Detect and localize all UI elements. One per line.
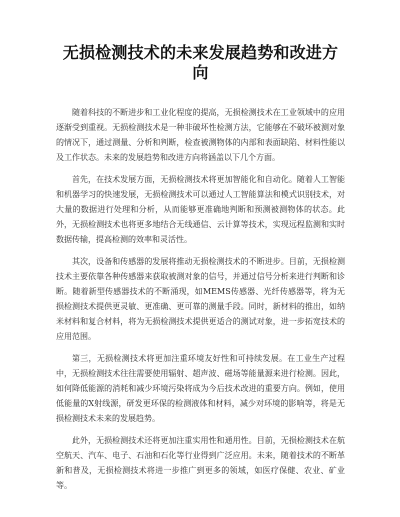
paragraph-intro: 随着科技的不断进步和工业化程度的提高，无损检测技术在工业领域中的应用逐渐受到重视… — [56, 105, 345, 165]
paragraph-third-point: 第三，无损检测技术将更加注重环境友好性和可持续发展。在工业生产过程中，无损检测技… — [56, 351, 345, 426]
paragraph-additional-point: 此外，无损检测技术还将更加注重实用性和通用性。目前，无损检测技术在航空航天、汽车… — [56, 433, 345, 493]
paragraph-second-point: 其次，设备和传感器的发展将推动无损检测技术的不断进步。目前，无损检测技术主要依靠… — [56, 254, 345, 344]
document-page: 无损检测技术的未来发展趋势和改进方向 随着科技的不断进步和工业化程度的提高，无损… — [0, 0, 400, 517]
paragraph-first-point: 首先，在技术发展方面，无损检测技术将更加智能化和自动化。随着人工智能和机器学习的… — [56, 172, 345, 247]
document-title: 无损检测技术的未来发展趋势和改进方向 — [56, 44, 345, 84]
